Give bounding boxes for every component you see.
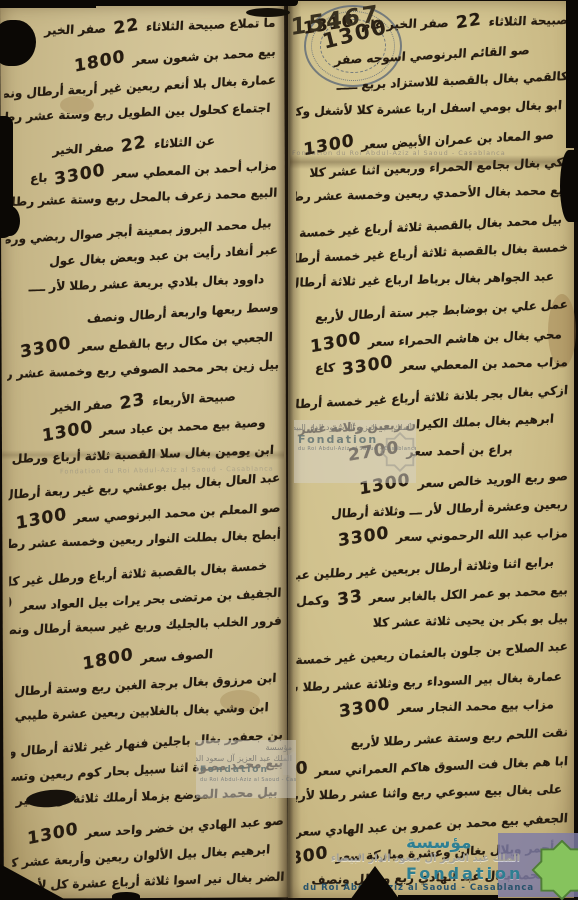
paper-tear <box>566 0 578 148</box>
watermark-block-middle: الملك عبد العزيز آل سعود الدار البيضاء F… <box>294 420 416 483</box>
manuscript-line: مزاب عبد الله الرحموني سعر 3300 <box>296 518 568 553</box>
paper-tear <box>0 206 20 236</box>
paper-tear <box>112 892 140 900</box>
watermark-fondation-subtitle: du Roi Abdul-Aziz al Saoud - Casablanca <box>303 883 534 893</box>
price-number: 3300 <box>338 347 397 385</box>
watermark-star-icon <box>278 750 296 780</box>
price-number: 22 <box>452 5 486 38</box>
paper-tear <box>92 0 298 6</box>
manuscript-line: مزاب محمد بن المعطي سعر 3300 كاع <box>296 347 568 382</box>
watermark-arabic-title: مؤسسة <box>406 833 472 853</box>
watermark-fondation-title: Fondation <box>406 864 523 883</box>
ink-blotch <box>246 8 290 17</box>
manuscript-line: بيع محمد بغال الأحمدي ربعين وخمسة عشر رط… <box>296 176 568 211</box>
price-number: 22 <box>109 10 143 44</box>
paper-tear <box>398 895 498 900</box>
paper-tear <box>0 0 96 8</box>
watermark-arabic-line: الملك عبد العزيز آل سعود الدار البيضاء <box>302 853 520 864</box>
watermark-star-icon <box>380 432 416 472</box>
watermark-block-left: مؤسسة الملك عبد العزيز آل سعود الدار الب… <box>196 740 296 798</box>
price-number: 3300 <box>335 689 394 727</box>
price-number: 3300 <box>334 518 393 556</box>
paper-tear <box>560 150 578 222</box>
watermark-faint-line: Fondation du Roi Abdul-Aziz al Saoud - C… <box>292 149 568 157</box>
manuscript-line: مزاب بيع محمد النجار سعر 3300 <box>296 689 568 724</box>
manuscript-scan: 15467 1300 صبيحة الثلاثاء 22 صفر الخير ع… <box>0 0 578 900</box>
